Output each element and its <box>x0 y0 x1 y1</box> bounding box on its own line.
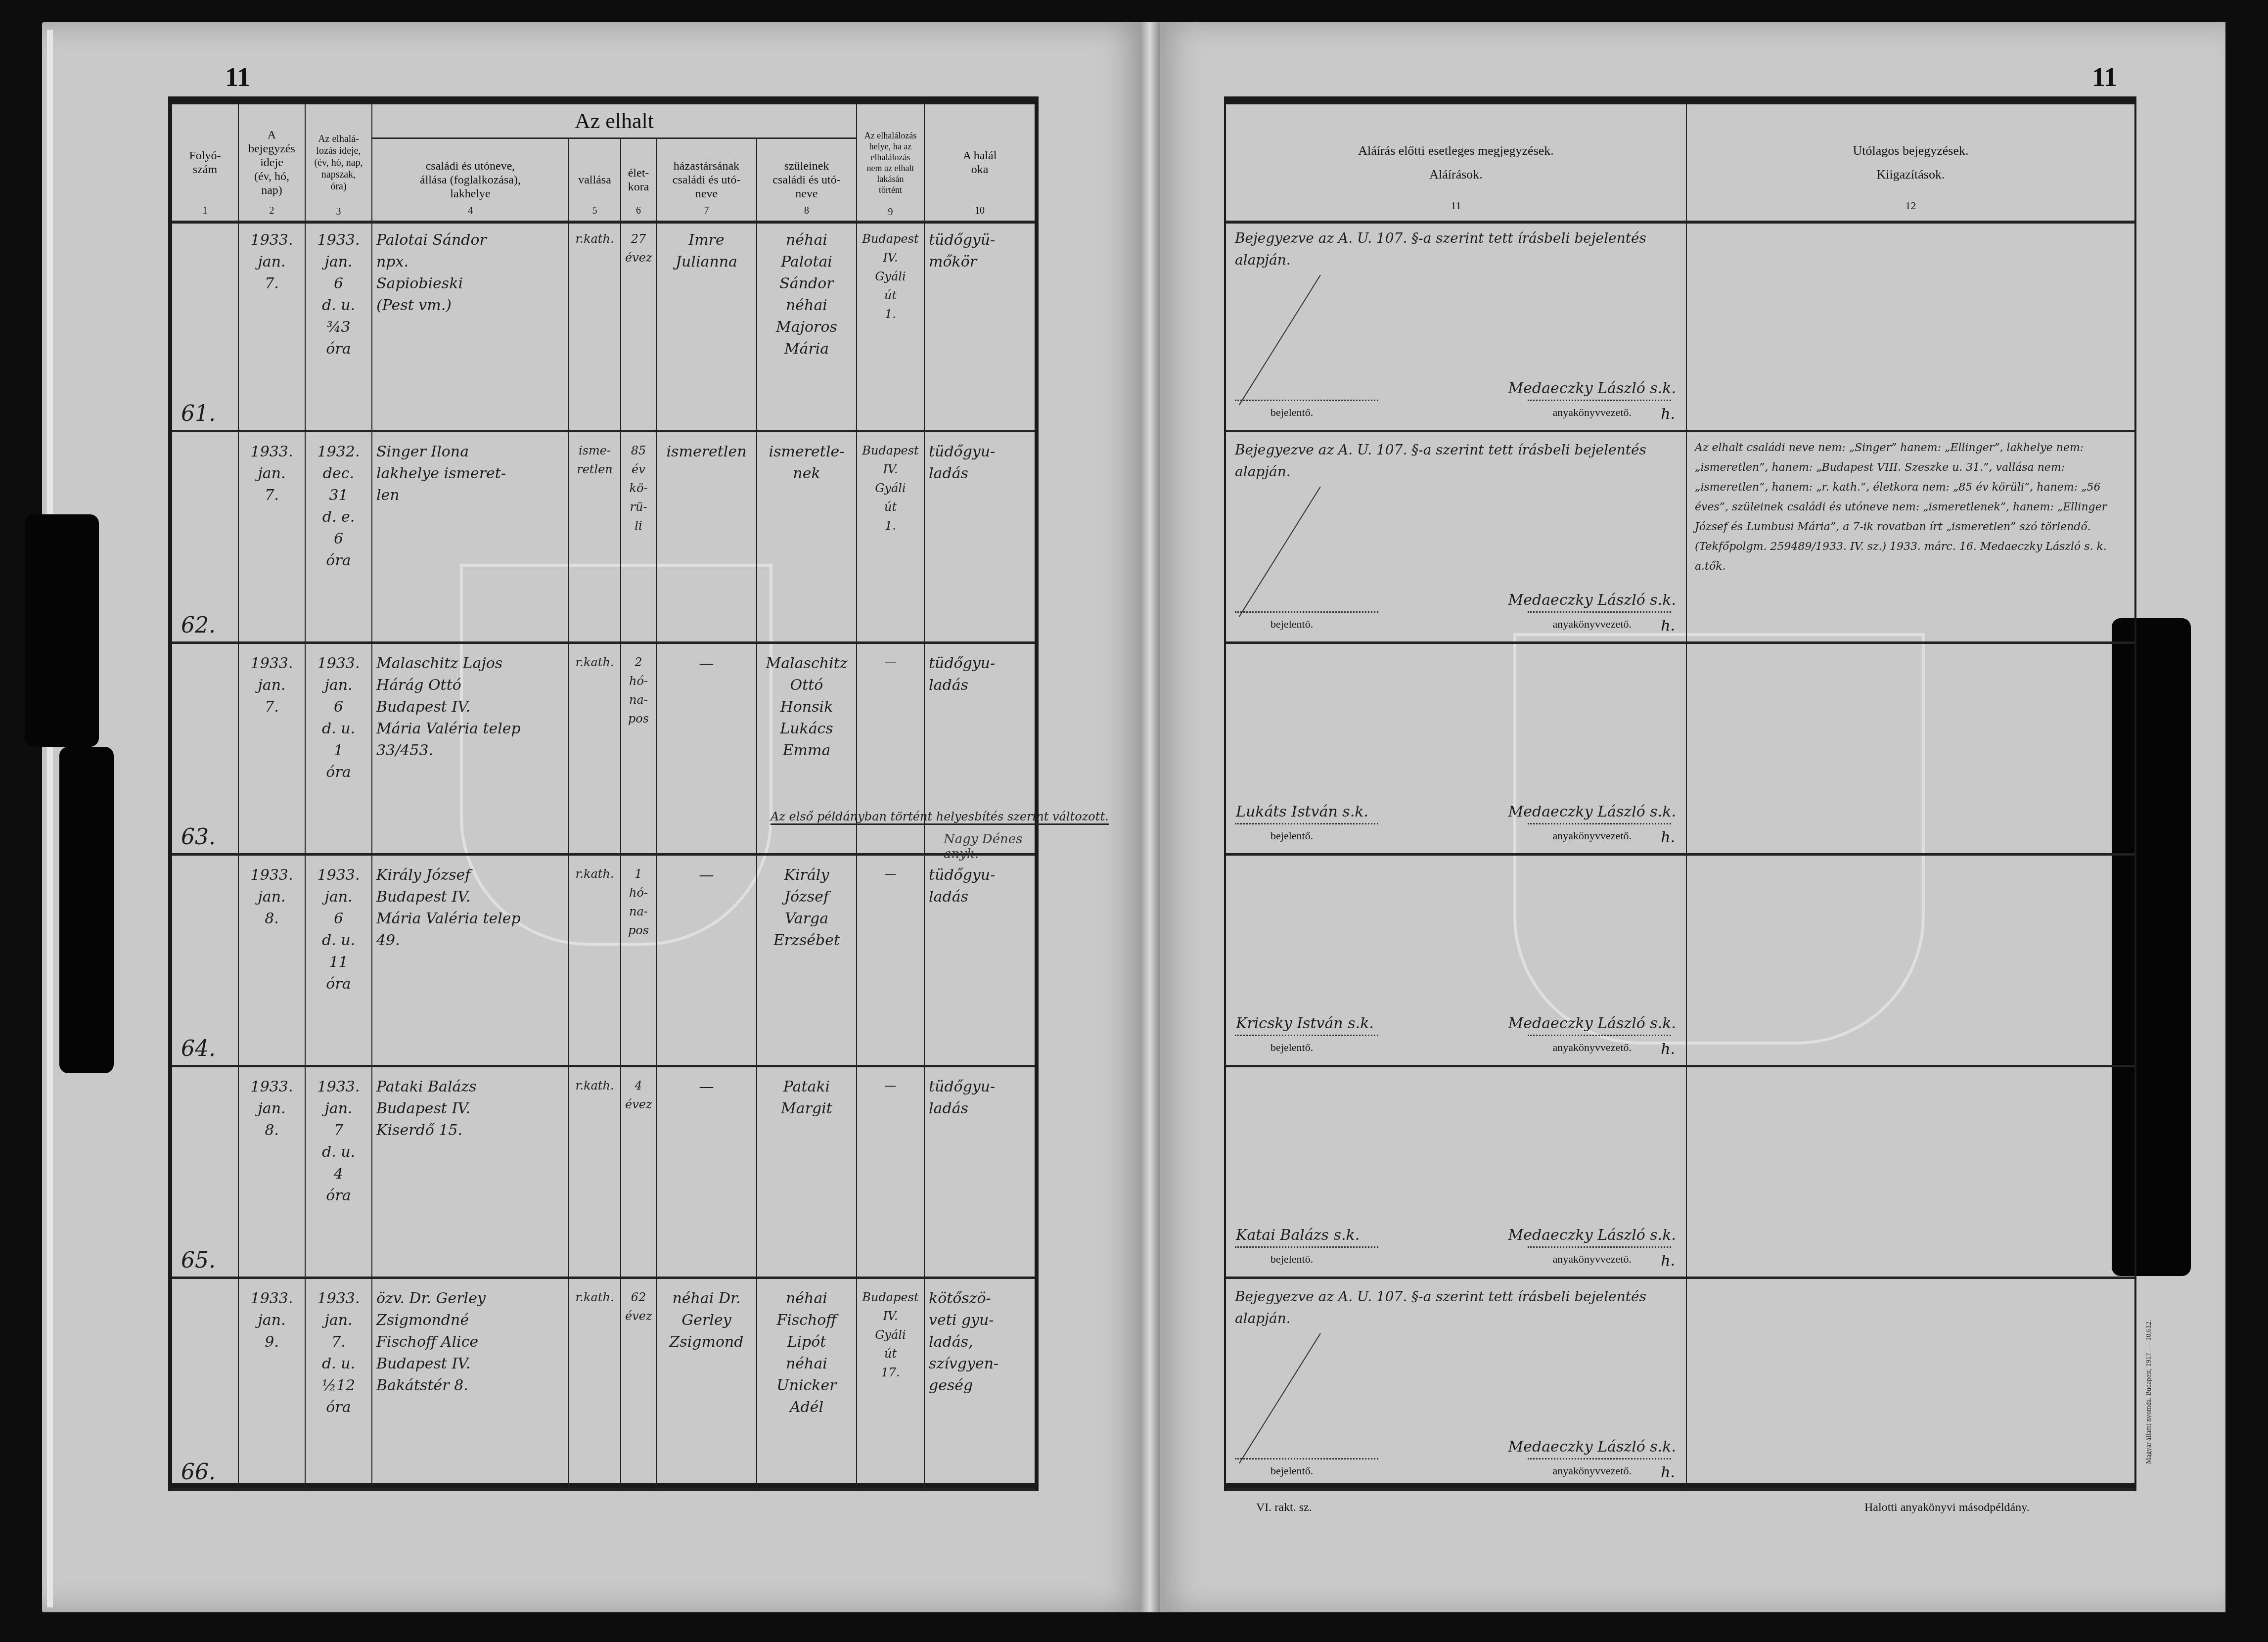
deceased-name-residence: Palotai Sándor npx. Sapiobieski (Pest vm… <box>372 221 569 430</box>
col-header-label: Az elhalá- lozás ideje, (év, hó, nap, na… <box>314 133 363 192</box>
registrar-initial: h. <box>1661 829 1675 846</box>
remarks-cell: Lukáts István s.k.Medaeczky László s.k.b… <box>1226 644 1687 853</box>
corrections-cell <box>1687 1067 2134 1277</box>
registrar-label: anyakönyvvezető. <box>1553 1041 1632 1054</box>
subsequent-correction <box>1687 1067 2134 1079</box>
declarant-signature: Katai Balázs s.k. <box>1236 1227 1360 1244</box>
declarant-signature-line <box>1235 400 1378 401</box>
registrar-signature: Medaeczky László s.k. <box>1508 1227 1676 1244</box>
serial-number: 63. <box>172 644 239 853</box>
registrar-signature: Medaeczky László s.k. <box>1508 592 1676 609</box>
death-time: 1933. jan. 6 d. u. ¾3 óra <box>306 221 372 430</box>
parents-names: néhai Palotai Sándor néhai Majoros Mária <box>757 221 857 430</box>
col-header-label: Az elhalálozás helye, ha az elhalálozás … <box>864 130 916 195</box>
deceased-name-residence: Malaschitz Lajos Hárág Ottó Budapest IV.… <box>372 644 569 853</box>
registrar-signature: Medaeczky László s.k. <box>1508 1015 1676 1032</box>
spouse-name: — <box>657 856 757 1065</box>
pre-signature-remark: Bejegyezve az A. U. 107. §-a szerint tet… <box>1226 432 1686 490</box>
signature-row: Katai Balázs s.k.Medaeczky László s.k.be… <box>1226 1067 2134 1279</box>
serial-number: 64. <box>172 856 239 1065</box>
col-header-death-time: Az elhalá- lozás ideje, (év, hó, nap, na… <box>306 104 372 221</box>
age: 4 évez <box>621 1067 657 1277</box>
left-page-number: 11 <box>225 62 250 92</box>
registrar-label: anyakönyvvezető. <box>1553 1253 1632 1266</box>
signature-row: Bejegyezve az A. U. 107. §-a szerint tet… <box>1226 221 2134 432</box>
declarant-label: bejelentő. <box>1270 618 1313 631</box>
strike-line <box>1239 274 1321 405</box>
col-header-corrections: Utólagos bejegyzések. Kiigazítások. 12 <box>1687 104 2134 221</box>
cause-of-death: tüdőgyu- ladás <box>925 432 1035 641</box>
religion: r.kath. <box>569 644 621 853</box>
table-header: Folyó- szám 1 A bejegyzés ideje (év, hó,… <box>172 104 1035 224</box>
col-header-religion: vallása 5 <box>569 139 621 221</box>
col-number: 3 <box>306 206 371 218</box>
registrar-initial: h. <box>1661 1041 1675 1058</box>
col-header-spouse: házastársának családi és utó- neve 7 <box>657 139 757 221</box>
declarant-label: bejelentő. <box>1270 829 1313 842</box>
cause-of-death: tüdőgyü- mőkör <box>925 221 1035 430</box>
place-of-death: Budapest IV. Gyáli út 1. <box>857 432 925 641</box>
registrar-initial: h. <box>1661 617 1675 635</box>
registrar-initial: h. <box>1661 1464 1675 1481</box>
subsequent-correction <box>1687 1279 2134 1291</box>
spouse-name: Imre Julianna <box>657 221 757 430</box>
cause-of-death: tüdőgyu- ladás <box>925 1067 1035 1277</box>
signature-row: Bejegyezve az A. U. 107. §-a szerint tet… <box>1226 1279 2134 1491</box>
place-of-death: — <box>857 1067 925 1277</box>
death-time: 1933. jan. 7 d. u. 4 óra <box>306 1067 372 1277</box>
col-number: 8 <box>757 204 856 218</box>
col-header-serial: Folyó- szám 1 <box>172 104 239 221</box>
registrar-signature-line <box>1528 611 1671 613</box>
col-header-remarks: Aláírás előtti esetleges megjegyzések. A… <box>1226 104 1687 221</box>
col-header-place-of-death: Az elhalálozás helye, ha az elhalálozás … <box>857 104 925 221</box>
religion: r.kath. <box>569 856 621 1065</box>
table-row: 62.1933. jan. 7.1932. dec. 31 d. e. 6 ór… <box>172 432 1035 644</box>
remarks-cell: Bejegyezve az A. U. 107. §-a szerint tet… <box>1226 1279 1687 1488</box>
remarks-cell: Bejegyezve az A. U. 107. §-a szerint tet… <box>1226 432 1687 641</box>
footer-shelf-number: VI. rakt. sz. <box>1256 1501 1312 1514</box>
col-header-label: Aláírás előtti esetleges megjegyzések. <box>1358 139 1554 163</box>
entry-date: 1933. jan. 8. <box>239 1067 306 1277</box>
col-header-label: Folyó- szám <box>189 149 221 177</box>
registrar-signature-line <box>1528 823 1671 824</box>
signature-row: Lukáts István s.k.Medaeczky László s.k.b… <box>1226 644 2134 856</box>
col-header-label: családi és utóneve, állása (foglalkozása… <box>420 159 521 201</box>
declarant-signature-line <box>1235 823 1378 824</box>
col-header-label: A bejegyzés ideje (év, hó, nap) <box>248 128 295 197</box>
signatures-table: Aláírás előtti esetleges megjegyzések. A… <box>1224 96 2136 1491</box>
col-header-name: családi és utóneve, állása (foglalkozása… <box>372 139 569 221</box>
serial-number: 65. <box>172 1067 239 1277</box>
col-number: 10 <box>925 204 1035 218</box>
entry-date: 1933. jan. 9. <box>239 1279 306 1488</box>
col-header-sublabel: Aláírások. <box>1429 163 1483 186</box>
registrar-signature-line <box>1528 400 1671 401</box>
declarant-signature: Kricsky István s.k. <box>1236 1015 1374 1032</box>
col-number: 1 <box>172 204 238 218</box>
pre-signature-remark: Bejegyezve az A. U. 107. §-a szerint tet… <box>1226 221 1686 278</box>
registrar-signature: Medaeczky László s.k. <box>1508 1438 1676 1456</box>
entry-date: 1933. jan. 7. <box>239 221 306 430</box>
col-number: 11 <box>1226 194 1686 218</box>
age: 2 hó- na- pos <box>621 644 657 853</box>
religion: r.kath. <box>569 1067 621 1277</box>
table-row: 66.1933. jan. 9.1933. jan. 7. d. u. ½12 … <box>172 1279 1035 1491</box>
signatures-header: Aláírás előtti esetleges megjegyzések. A… <box>1226 104 2134 224</box>
registrar-label: anyakönyvvezető. <box>1553 618 1632 631</box>
corrections-cell <box>1687 1279 2134 1488</box>
col-header-sublabel: Kiigazítások. <box>1877 163 1945 186</box>
strike-line <box>1239 1333 1321 1463</box>
table-row: 65.1933. jan. 8.1933. jan. 7 d. u. 4 óra… <box>172 1067 1035 1279</box>
table-row: 63.1933. jan. 7.1933. jan. 6 d. u. 1 óra… <box>172 644 1035 856</box>
footer-document-type: Halotti anyakönyvi másodpéldány. <box>1864 1501 2030 1514</box>
declarant-label: bejelentő. <box>1270 1464 1313 1477</box>
parents-names: Király József Varga Erzsébet <box>757 856 857 1065</box>
registrar-signature-line <box>1528 1246 1671 1248</box>
page-edge <box>47 30 53 1607</box>
group-title: Az elhalt <box>372 104 857 139</box>
registrar-signature-line <box>1528 1458 1671 1460</box>
strike-line <box>1239 486 1321 617</box>
death-time: 1933. jan. 6 d. u. 1 óra <box>306 644 372 853</box>
signature-row: Kricsky István s.k.Medaeczky László s.k.… <box>1226 856 2134 1067</box>
col-number: 5 <box>569 204 620 218</box>
religion: r.kath. <box>569 1279 621 1488</box>
corrections-cell <box>1687 856 2134 1065</box>
entry-date: 1933. jan. 7. <box>239 644 306 853</box>
parents-names: Pataki Margit <box>757 1067 857 1277</box>
declarant-signature-line <box>1235 1035 1378 1036</box>
subsequent-correction <box>1687 644 2134 656</box>
deceased-name-residence: Pataki Balázs Budapest IV. Kiserdő 15. <box>372 1067 569 1277</box>
col-number: 7 <box>657 204 756 218</box>
serial-number: 66. <box>172 1279 239 1488</box>
subsequent-correction: Az elhalt családi neve nem: „Singer” han… <box>1687 432 2134 583</box>
registrar-signature: Medaeczky László s.k. <box>1508 380 1676 397</box>
spouse-name: — <box>657 644 757 853</box>
pre-signature-remark <box>1226 1067 1686 1081</box>
parents-names: ismeretle- nek <box>757 432 857 641</box>
religion: isme- retlen <box>569 432 621 641</box>
col-number: 9 <box>857 207 924 218</box>
binding-clip-left-lower <box>59 747 114 1073</box>
spouse-name: ismeretlen <box>657 432 757 641</box>
corrections-cell <box>1687 644 2134 853</box>
spouse-name: — <box>657 1067 757 1277</box>
age: 85 év kö- rü- li <box>621 432 657 641</box>
printer-imprint: Magyar állami nyomda. Budapest, 1917. — … <box>2145 1320 2153 1464</box>
declarant-signature-line <box>1235 611 1378 613</box>
parents-names: néhai Fischoff Lipót néhai Unicker Adél <box>757 1279 857 1488</box>
religion: r.kath. <box>569 221 621 430</box>
place-of-death: — <box>857 856 925 1065</box>
age: 1 hó- na- pos <box>621 856 657 1065</box>
pre-signature-remark <box>1226 856 1686 869</box>
serial-number: 61. <box>172 221 239 430</box>
death-time: 1932. dec. 31 d. e. 6 óra <box>306 432 372 641</box>
registrar-label: anyakönyvvezető. <box>1553 406 1632 419</box>
remarks-cell: Katai Balázs s.k.Medaeczky László s.k.be… <box>1226 1067 1687 1277</box>
table-row: 61.1933. jan. 7.1933. jan. 6 d. u. ¾3 ór… <box>172 221 1035 432</box>
col-number: 2 <box>239 204 305 218</box>
col-number: 6 <box>621 204 656 218</box>
registrar-label: anyakönyvvezető. <box>1553 829 1632 842</box>
entry-date: 1933. jan. 7. <box>239 432 306 641</box>
age: 62 évez <box>621 1279 657 1488</box>
declarant-label: bejelentő. <box>1270 406 1313 419</box>
right-page-number: 11 <box>2092 62 2117 92</box>
place-of-death: Budapest IV. Gyáli út 17. <box>857 1279 925 1488</box>
declarant-label: bejelentő. <box>1270 1253 1313 1266</box>
col-header-label: szüleinek családi és utó- neve <box>772 159 840 201</box>
col-header-entry-date: A bejegyzés ideje (év, hó, nap) 2 <box>239 104 306 221</box>
registrar-initial: h. <box>1661 1252 1675 1270</box>
col-number: 4 <box>372 204 568 218</box>
col-number: 12 <box>1687 194 2134 218</box>
entry-date: 1933. jan. 8. <box>239 856 306 1065</box>
deceased-name-residence: Singer Ilona lakhelye ismeret- len <box>372 432 569 641</box>
declarant-label: bejelentő. <box>1270 1041 1313 1054</box>
registrar-signature: Medaeczky László s.k. <box>1508 803 1676 821</box>
subsequent-correction <box>1687 856 2134 867</box>
place-of-death: Budapest IV. Gyáli út 1. <box>857 221 925 430</box>
serial-number: 62. <box>172 432 239 641</box>
table-row: 64.1933. jan. 8.1933. jan. 6 d. u. 11 ór… <box>172 856 1035 1067</box>
pre-signature-remark <box>1226 644 1686 658</box>
registrar-initial: h. <box>1661 406 1675 423</box>
binding-clip-left <box>25 514 99 747</box>
correction-annotation: Az első példányban történt helyesbítés s… <box>771 810 1109 825</box>
cause-of-death: kötőszö- veti gyu- ladás, szívgyen- gesé… <box>925 1279 1035 1488</box>
declarant-signature-line <box>1235 1458 1378 1460</box>
signature-row: Bejegyezve az A. U. 107. §-a szerint tet… <box>1226 432 2134 644</box>
deceased-name-residence: özv. Dr. Gerley Zsigmondné Fischoff Alic… <box>372 1279 569 1488</box>
deceased-name-residence: Király József Budapest IV. Mária Valéria… <box>372 856 569 1065</box>
col-header-label: A halál oka <box>963 149 997 177</box>
col-header-label: házastársának családi és utó- neve <box>673 159 740 201</box>
pre-signature-remark: Bejegyezve az A. U. 107. §-a szerint tet… <box>1226 1279 1686 1336</box>
col-header-label: élet- kora <box>628 166 649 194</box>
declarant-signature: Lukáts István s.k. <box>1236 803 1368 821</box>
remarks-cell: Bejegyezve az A. U. 107. §-a szerint tet… <box>1226 221 1687 430</box>
declarant-signature-line <box>1235 1246 1378 1248</box>
col-header-parents: szüleinek családi és utó- neve 8 <box>757 139 857 221</box>
col-header-label: vallása <box>578 173 611 187</box>
remarks-cell: Kricsky István s.k.Medaeczky László s.k.… <box>1226 856 1687 1065</box>
age: 27 évez <box>621 221 657 430</box>
corrections-cell <box>1687 221 2134 430</box>
col-header-label: Utólagos bejegyzések. <box>1853 139 1969 163</box>
corrections-cell: Az elhalt családi neve nem: „Singer” han… <box>1687 432 2134 641</box>
death-register-table: Folyó- szám 1 A bejegyzés ideje (év, hó,… <box>168 96 1039 1491</box>
registrar-signature-line <box>1528 1035 1671 1036</box>
subsequent-correction <box>1687 221 2134 232</box>
death-time: 1933. jan. 7. d. u. ½12 óra <box>306 1279 372 1488</box>
book-gutter <box>1140 22 1160 1612</box>
death-time: 1933. jan. 6 d. u. 11 óra <box>306 856 372 1065</box>
col-header-cause: A halál oka 10 <box>925 104 1035 221</box>
col-header-age: élet- kora 6 <box>621 139 657 221</box>
spouse-name: néhai Dr. Gerley Zsigmond <box>657 1279 757 1488</box>
registrar-label: anyakönyvvezető. <box>1553 1464 1632 1477</box>
cause-of-death: tüdőgyu- ladás <box>925 856 1035 1065</box>
